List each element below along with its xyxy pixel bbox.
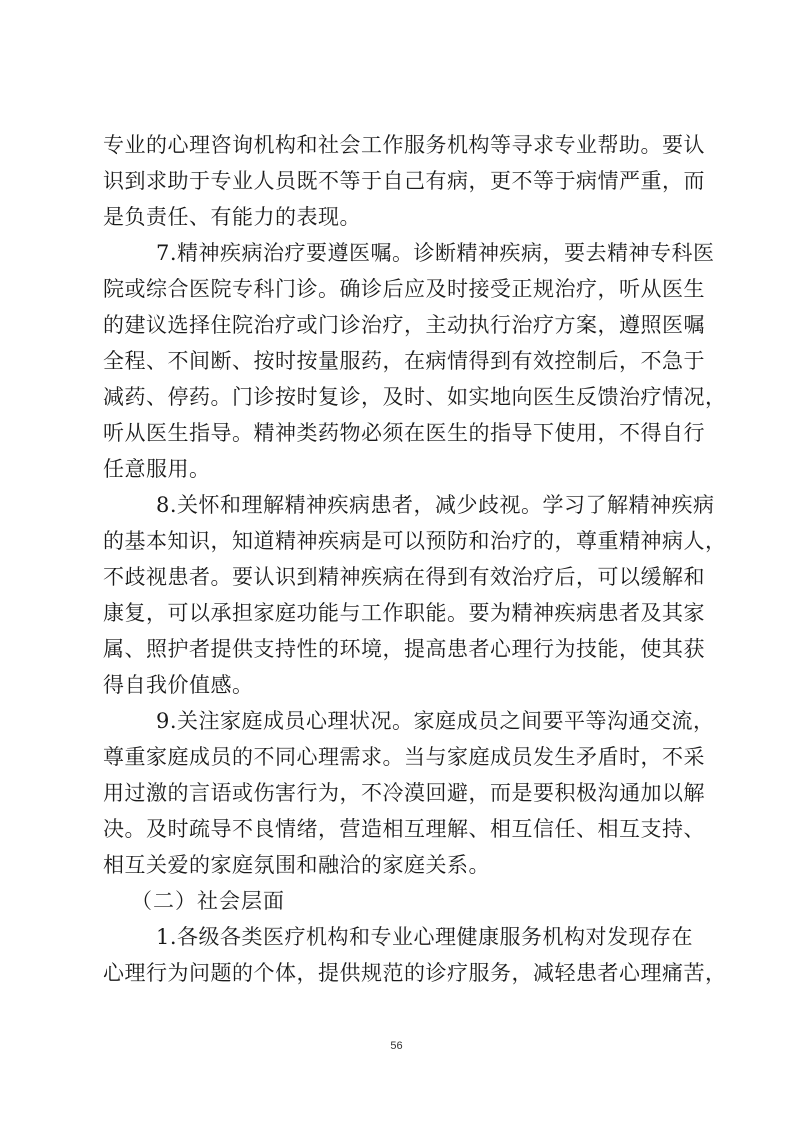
text-line: 决。及时疏导不良情绪，营造相互理解、相互信任、相互支持、	[103, 811, 691, 847]
text-line: 听从医生指导。精神类药物必须在医生的指导下使用，不得自行	[103, 415, 691, 451]
text-line: 属、照护者提供支持性的环境，提高患者心理行为技能，使其获	[103, 631, 691, 667]
text-line: 尊重家庭成员的不同心理需求。当与家庭成员发生矛盾时，不采	[103, 739, 691, 775]
text-line: 心理行为问题的个体，提供规范的诊疗服务，减轻患者心理痛苦，	[103, 955, 691, 991]
item-9-heading-line: 9.关注家庭成员心理状况。家庭成员之间要平等沟通交流，	[103, 703, 691, 739]
text-line: 康复，可以承担家庭功能与工作职能。要为精神疾病患者及其家	[103, 595, 691, 631]
text-line: 用过激的言语或伤害行为，不冷漠回避，而是要积极沟通加以解	[103, 775, 691, 811]
text-line: 是负责任、有能力的表现。	[103, 199, 691, 235]
text-line: 专业的心理咨询机构和社会工作服务机构等寻求专业帮助。要认	[103, 127, 691, 163]
text-line: 减药、停药。门诊按时复诊，及时、如实地向医生反馈治疗情况，	[103, 379, 691, 415]
section-heading: （二）社会层面	[103, 883, 691, 919]
text-line: 得自我价值感。	[103, 667, 691, 703]
body-text: 专业的心理咨询机构和社会工作服务机构等寻求专业帮助。要认 识到求助于专业人员既不…	[103, 127, 691, 991]
item-8-heading-line: 8.关怀和理解精神疾病患者，减少歧视。学习了解精神疾病	[103, 487, 691, 523]
text-line: 的基本知识，知道精神疾病是可以预防和治疗的，尊重精神病人，	[103, 523, 691, 559]
text-line: 全程、不间断、按时按量服药，在病情得到有效控制后，不急于	[103, 343, 691, 379]
text-line: 不歧视患者。要认识到精神疾病在得到有效治疗后，可以缓解和	[103, 559, 691, 595]
text-line: 识到求助于专业人员既不等于自己有病，更不等于病情严重，而	[103, 163, 691, 199]
text-line: 任意服用。	[103, 451, 691, 487]
item-1-heading-line: 1.各级各类医疗机构和专业心理健康服务机构对发现存在	[103, 919, 691, 955]
text-line: 的建议选择住院治疗或门诊治疗，主动执行治疗方案，遵照医嘱	[103, 307, 691, 343]
item-7-heading-line: 7.精神疾病治疗要遵医嘱。诊断精神疾病，要去精神专科医	[103, 235, 691, 271]
page-number: 56	[0, 1040, 793, 1052]
document-page: 专业的心理咨询机构和社会工作服务机构等寻求专业帮助。要认 识到求助于专业人员既不…	[0, 0, 793, 1122]
text-line: 院或综合医院专科门诊。确诊后应及时接受正规治疗，听从医生	[103, 271, 691, 307]
text-line: 相互关爱的家庭氛围和融洽的家庭关系。	[103, 847, 691, 883]
